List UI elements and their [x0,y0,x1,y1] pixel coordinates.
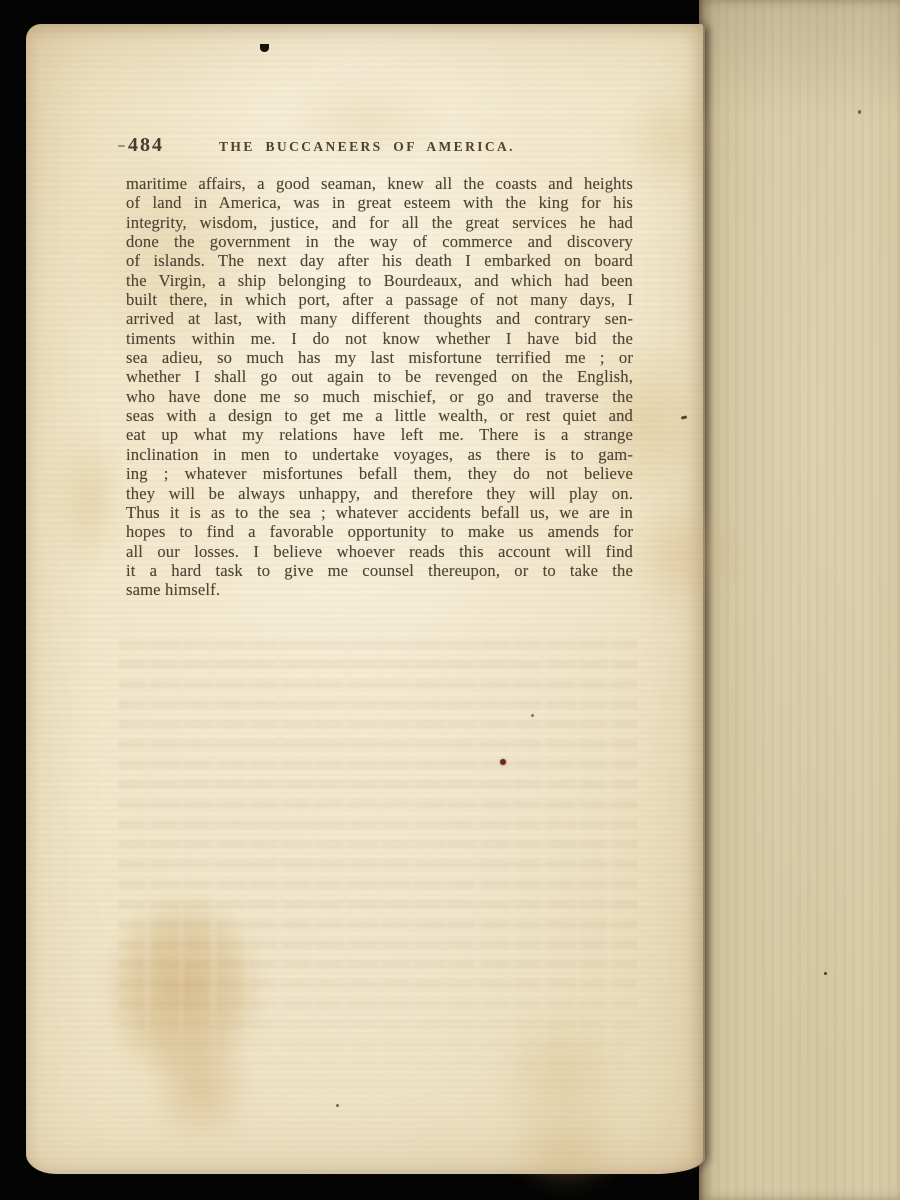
running-title: THE BUCCANEERS OF AMERICA. [126,139,608,155]
paper-stain [506,1114,626,1194]
text-line: they will be always unhappy, and therefo… [126,484,633,503]
text-line: maritime affairs, a good seaman, knew al… [126,174,633,193]
text-line: inclination in men to undertake voyages,… [126,445,633,464]
text-line: ing ; whatever misfortunes befall them, … [126,464,633,483]
text-line: built there, in which port, after a pass… [126,290,633,309]
page-header: 484 THE BUCCANEERS OF AMERICA. [126,134,632,160]
text-line: sea adieu, so much has my last misfortun… [126,348,633,367]
paper-speck [336,1104,339,1107]
text-line: seas with a design to get me a little we… [126,406,633,425]
text-line: of land in America, was in great esteem … [126,193,633,212]
text-line: done the government in the way of commer… [126,232,633,251]
text-line: of islands. The next day after his death… [126,251,633,270]
text-line: same himself. [126,580,633,599]
verso-showthrough [118,620,638,1090]
text-line: it a hard task to give me counsel thereu… [126,561,633,580]
body-text: maritime affairs, a good seaman, knew al… [126,174,633,600]
text-line: arrived at last, with many different tho… [126,309,633,328]
paper-stain [54,424,124,574]
text-line: integrity, wisdom, justice, and for all … [126,213,633,232]
text-line: all our losses. I believe whoever reads … [126,542,633,561]
next-page-edge [699,0,900,1200]
scan-background: 484 THE BUCCANEERS OF AMERICA. maritime … [0,0,900,1200]
text-line: whether I shall go out again to be reven… [126,367,633,386]
text-line: who have done me so much mischief, or go… [126,387,633,406]
text-line: the Virgin, a ship belonging to Bourdeau… [126,271,633,290]
page-edge-nick [260,44,269,52]
ink-speck [681,415,687,419]
text-line: eat up what my relations have left me. T… [126,425,633,444]
text-line: hopes to find a favorable opportunity to… [126,522,633,541]
book-page: 484 THE BUCCANEERS OF AMERICA. maritime … [26,24,705,1174]
text-line: timents within me. I do not know whether… [126,329,633,348]
text-line: Thus it is as to the sea ; whatever acci… [126,503,633,522]
